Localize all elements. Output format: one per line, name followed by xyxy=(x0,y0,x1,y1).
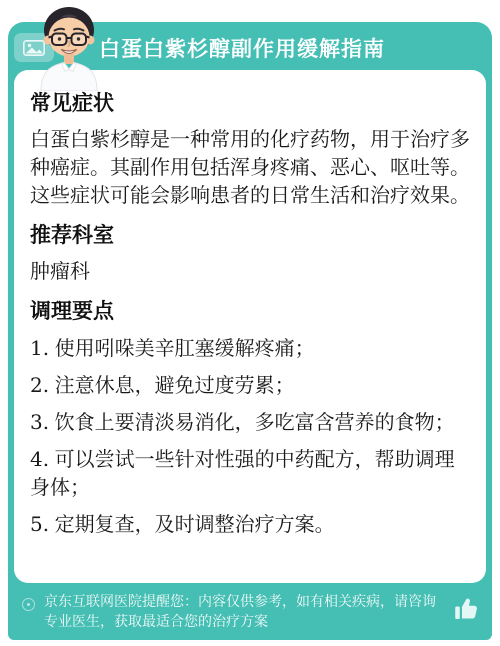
tip-item: 2. 注意休息，避免过度劳累； xyxy=(30,371,470,400)
tip-text: 注意休息，避免过度劳累； xyxy=(55,375,295,397)
department-value: 肿瘤科 xyxy=(30,258,470,286)
guide-card: 白蛋白紫杉醇副作用缓解指南 常见症状 白蛋白紫杉醇是一种常用的化疗药物，用于治疗… xyxy=(8,22,492,640)
tip-number: 2. xyxy=(30,373,49,397)
tip-number: 3. xyxy=(30,410,49,434)
tip-text: 使用吲哚美辛肛塞缓解疼痛； xyxy=(55,338,315,360)
page-title: 白蛋白紫杉醇副作用缓解指南 xyxy=(99,33,385,63)
symptoms-paragraph: 白蛋白紫杉醇是一种常用的化疗药物，用于治疗多种癌症。其副作用包括浑身疼痛、恶心、… xyxy=(30,126,470,210)
thumbs-up-icon[interactable] xyxy=(452,594,482,624)
tip-text: 定期复查，及时调整治疗方案。 xyxy=(55,514,335,536)
tip-text: 可以尝试一些针对性强的中药配方，帮助调理身体； xyxy=(30,449,455,499)
info-circle-icon xyxy=(22,598,35,611)
doctor-avatar xyxy=(30,3,108,91)
tip-item: 5. 定期复查，及时调整治疗方案。 xyxy=(30,510,470,539)
tip-text: 饮食上要清淡易消化，多吃富含营养的食物； xyxy=(55,412,455,434)
section-heading-department: 推荐科室 xyxy=(30,219,470,249)
section-heading-symptoms: 常见症状 xyxy=(30,87,470,117)
tip-item: 3. 饮食上要清淡易消化，多吃富含营养的食物； xyxy=(30,408,470,437)
tip-number: 4. xyxy=(30,447,49,471)
tip-item: 1. 使用吲哚美辛肛塞缓解疼痛； xyxy=(30,334,470,363)
section-heading-tips: 调理要点 xyxy=(30,295,470,325)
screenshot-page: 白蛋白紫杉醇副作用缓解指南 常见症状 白蛋白紫杉醇是一种常用的化疗药物，用于治疗… xyxy=(0,0,500,646)
footer-bar: 京东互联网医院提醒您：内容仅供参考，如有相关疾病，请咨询专业医生，获取最适合您的… xyxy=(8,583,492,640)
tip-item: 4. 可以尝试一些针对性强的中药配方，帮助调理身体； xyxy=(30,445,470,502)
content-card: 常见症状 白蛋白紫杉醇是一种常用的化疗药物，用于治疗多种癌症。其副作用包括浑身疼… xyxy=(14,70,486,583)
tip-number: 1. xyxy=(30,336,49,360)
tip-number: 5. xyxy=(30,512,49,536)
disclaimer-text: 京东互联网医院提醒您：内容仅供参考，如有相关疾病，请咨询专业医生，获取最适合您的… xyxy=(44,591,443,631)
